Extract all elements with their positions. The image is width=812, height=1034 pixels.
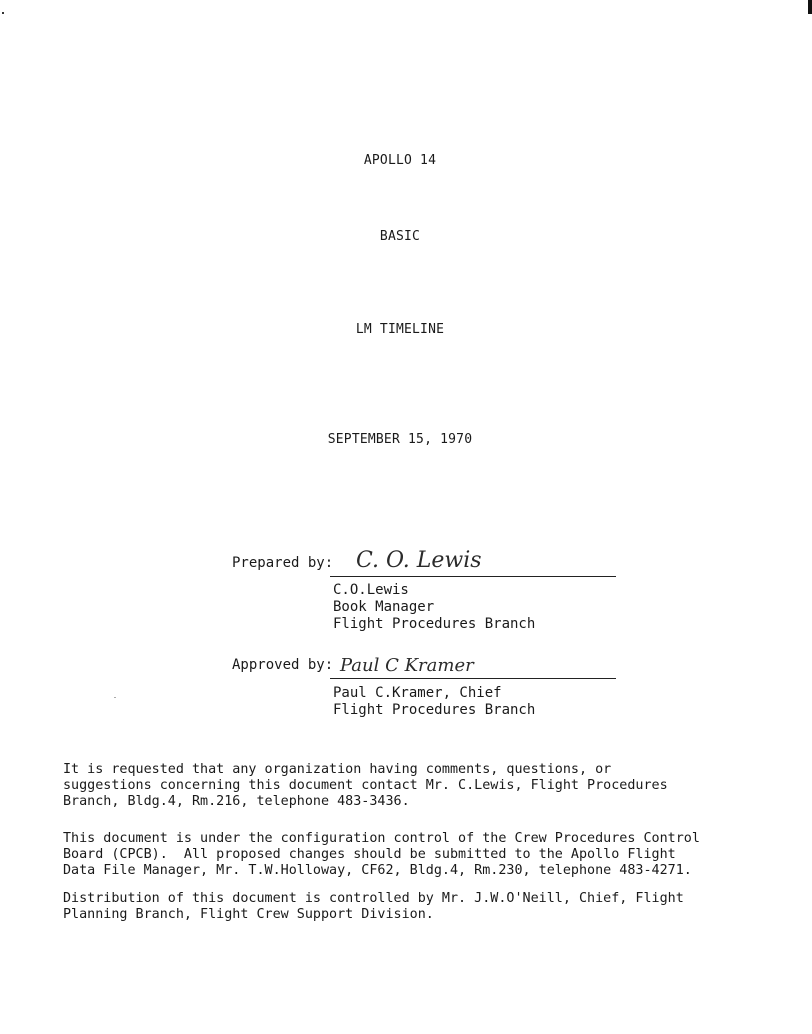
scan-edge-mark [808, 0, 812, 14]
document-title: LM TIMELINE [0, 322, 800, 337]
approver-branch: Flight Procedures Branch [333, 702, 535, 719]
approved-signature: Paul C Kramer [340, 655, 474, 676]
distribution-notice: Distribution of this document is control… [63, 891, 763, 923]
configuration-control-notice: This document is under the configuration… [63, 831, 763, 879]
prepared-by-label: Prepared by: [232, 555, 333, 571]
notice-line: Board (CPCB). All proposed changes shoul… [63, 847, 763, 863]
preparer-branch: Flight Procedures Branch [333, 616, 535, 633]
prepared-by-details: C.O.LewisBook ManagerFlight Procedures B… [333, 582, 535, 633]
preparer-name: C.O.Lewis [333, 582, 535, 599]
approved-by-details: Paul C.Kramer, ChiefFlight Procedures Br… [333, 685, 535, 719]
approved-signature-line [330, 678, 616, 679]
approver-name: Paul C.Kramer, Chief [333, 685, 535, 702]
notice-line: Branch, Bldg.4, Rm.216, telephone 483-34… [63, 794, 763, 810]
scan-speck [2, 12, 4, 14]
approved-by-label: Approved by: [232, 657, 333, 673]
prepared-signature-line [330, 576, 616, 577]
notice-line: It is requested that any organization ha… [63, 762, 763, 778]
preparer-role: Book Manager [333, 599, 535, 616]
notice-line: Data File Manager, Mr. T.W.Holloway, CF6… [63, 863, 763, 879]
notice-line: This document is under the configuration… [63, 831, 763, 847]
notice-line: Planning Branch, Flight Crew Support Div… [63, 907, 763, 923]
prepared-signature: C. O. Lewis [356, 548, 482, 573]
program-title: APOLLO 14 [0, 153, 800, 168]
notice-line: suggestions concerning this document con… [63, 778, 763, 794]
edition-label: BASIC [0, 229, 800, 244]
scan-speck [114, 697, 116, 698]
notice-line: Distribution of this document is control… [63, 891, 763, 907]
document-date: SEPTEMBER 15, 1970 [0, 432, 800, 447]
comments-notice: It is requested that any organization ha… [63, 762, 763, 810]
